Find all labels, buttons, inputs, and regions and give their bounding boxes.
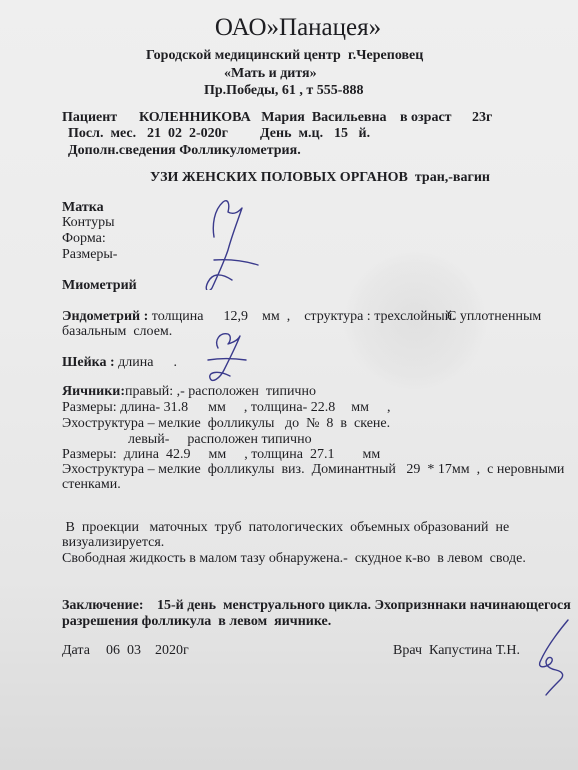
cervix-label: Шейка : (62, 355, 115, 370)
ovaries-row: Яичники:правый: ,- расположен типично (62, 384, 316, 400)
age-label: в озраст (400, 110, 452, 126)
extra-info-label: Дополн.сведения (68, 143, 176, 158)
uterus-label: Матка (62, 200, 104, 216)
org-name: ОАО»Панацея» (0, 14, 578, 42)
left-ovary-row: левый-расположен типично (128, 432, 312, 448)
right-thickness-unit: мм (351, 400, 369, 415)
endometrium-unit: мм , (262, 309, 290, 324)
left-ovary-echo-line1: Эхоструктура – мелкие фолликулы виз. Дом… (62, 462, 564, 478)
last-period-value: 21 02 2-020г (147, 126, 228, 142)
contours-label: Контуры (62, 215, 114, 231)
cycle-day-value: 15 й. (334, 126, 370, 142)
endometrium-note-line1: С уплотненным (447, 309, 541, 325)
right-ovary-position: ,- расположен типично (177, 384, 316, 399)
endometrium-row: Эндометрий : толщина12,9мм ,структура : … (62, 309, 456, 325)
doctor-signature (530, 618, 578, 696)
last-period-label: Посл. мес. (68, 126, 136, 142)
left-thickness-value: 27.1 (310, 447, 335, 462)
doctor-name: Капустина Т.Н. (429, 643, 520, 658)
doctor-label: Врач (393, 643, 422, 658)
age-value: 23г (472, 110, 492, 126)
right-trailing: , (387, 400, 391, 415)
city: г.Череповец (348, 48, 423, 64)
center-name: Городской медицинский центр (146, 48, 341, 64)
address: Пр.Победы, 61 , т 555-888 (204, 83, 363, 99)
doctor-row: Врач Капустина Т.Н. (393, 643, 520, 659)
left-thickness-text: , толщина (244, 447, 303, 462)
right-length-value: 31.8 (164, 400, 189, 415)
left-ovary-size-row: Размеры: длина 42.9мм, толщина 27.1мм (62, 447, 380, 463)
extra-info-value: Фолликулометрия. (179, 143, 300, 158)
size-label: Размеры- (62, 247, 117, 263)
date-label: Дата (62, 643, 90, 659)
endometrium-label: Эндометрий : (62, 309, 148, 324)
exam-method: тран,-вагин (415, 170, 490, 185)
structure-value: трехслойный. (374, 309, 456, 324)
free-fluid: Свободная жидкость в малом тазу обнаруже… (62, 551, 526, 567)
subtitle: «Мать и дитя» (224, 66, 317, 82)
cervix-row: Шейка : длина. (62, 355, 177, 371)
patient-name: КОЛЕННИКОВА Мария Васильевна (139, 110, 387, 126)
left-size-text: Размеры: длина (62, 447, 159, 462)
left-ovary-label: левый- (128, 432, 169, 447)
ovaries-label: Яичники: (62, 384, 125, 399)
right-thickness-text: , толщина- (244, 400, 307, 415)
myometrium-label: Миометрий (62, 278, 137, 294)
right-ovary-echo: Эхоструктура – мелкие фолликулы до № 8 в… (62, 416, 390, 432)
right-thickness-value: 22.8 (311, 400, 336, 415)
handwritten-z-mark-cervix (200, 328, 260, 386)
cervix-length-label: длина (118, 355, 153, 370)
endometrium-thickness-label: толщина (152, 309, 204, 324)
right-ovary-size-row: Размеры: длина- 31.8мм, толщина- 22.8мм, (62, 400, 391, 416)
patient-label: Пациент (62, 110, 117, 126)
left-length-value: 42.9 (166, 447, 191, 462)
cervix-length-value: . (173, 355, 177, 370)
right-size-text: Размеры: длина- (62, 400, 160, 415)
right-ovary-label: правый: (125, 384, 173, 399)
endometrium-note-line2: базальным слоем. (62, 324, 172, 340)
endometrium-thickness-value: 12,9 (223, 309, 248, 324)
exam-title-row: УЗИ ЖЕНСКИХ ПОЛОВЫХ ОРГАНОВ тран,-вагин (150, 170, 490, 186)
cycle-day-label: День м.ц. (260, 126, 323, 142)
right-length-unit: мм (208, 400, 226, 415)
scanned-document-page: ОАО»Панацея» Городской медицинский центр… (0, 0, 578, 770)
structure-label: структура : (304, 309, 370, 324)
date-value: 06 03 2020г (106, 643, 189, 659)
tubes-line2: визуализируется. (62, 535, 164, 551)
tubes-line1: В проекции маточных труб патологических … (62, 520, 509, 536)
shape-label: Форма: (62, 231, 106, 247)
conclusion-label: Заключение: (62, 598, 144, 614)
left-ovary-position: расположен типично (187, 432, 311, 447)
handwritten-z-mark-uterus (190, 190, 270, 290)
conclusion-line1: 15-й день менструального цикла. Эхопризн… (157, 598, 571, 614)
left-ovary-echo-line2: стенками. (62, 477, 121, 493)
left-length-unit: мм (209, 447, 227, 462)
conclusion-line2: разрешения фолликула в левом яичнике. (62, 614, 331, 630)
extra-info: Дополн.сведения Фолликулометрия. (68, 143, 301, 159)
left-thickness-unit: мм (362, 447, 380, 462)
exam-title: УЗИ ЖЕНСКИХ ПОЛОВЫХ ОРГАНОВ (150, 170, 408, 185)
